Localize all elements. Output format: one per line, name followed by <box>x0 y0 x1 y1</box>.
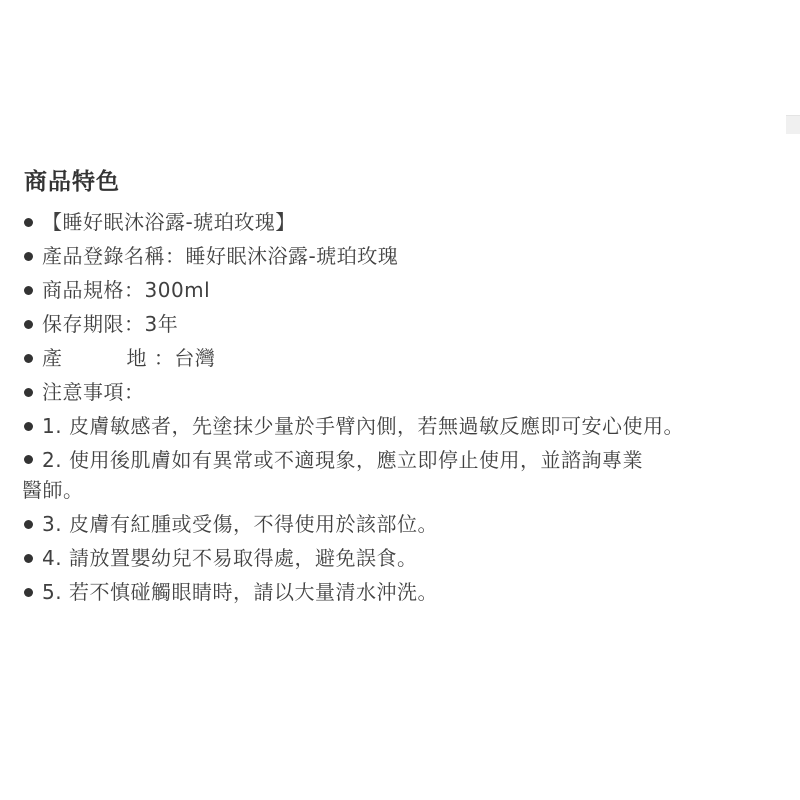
note-text: 5. 若不慎碰觸眼睛時，請以大量清水沖洗。 <box>42 580 438 604</box>
list-item: 商品規格：300ml <box>22 273 792 307</box>
list-item: 注意事項： <box>22 375 792 409</box>
origin-label-b: 地 <box>127 346 148 370</box>
note-text: 4. 請放置嬰幼兒不易取得處，避免誤食。 <box>42 546 417 570</box>
section-title: 商品特色 <box>24 163 120 196</box>
bullet-icon <box>24 286 33 295</box>
note-text-line1: 2. 使用後肌膚如有異常或不適現象，應立即停止使用，並諮詢專業 <box>42 445 792 475</box>
bullet-icon <box>24 218 33 227</box>
note-item: 2. 使用後肌膚如有異常或不適現象，應立即停止使用，並諮詢專業 醫師。 <box>22 443 792 507</box>
bullet-icon <box>24 388 33 397</box>
list-item-origin: 產地 ：台灣 <box>22 341 792 375</box>
item-text: 【睡好眠沐浴露-琥珀玫瑰】 <box>42 210 296 234</box>
bullet-icon <box>24 422 33 431</box>
feature-list: 【睡好眠沐浴露-琥珀玫瑰】 產品登錄名稱：睡好眠沐浴露-琥珀玫瑰 商品規格：30… <box>22 205 792 609</box>
list-item: 【睡好眠沐浴露-琥珀玫瑰】 <box>22 205 792 239</box>
scrollbar-stub[interactable] <box>786 115 800 134</box>
origin-value: ：台灣 <box>154 346 216 370</box>
bullet-icon <box>24 588 33 597</box>
note-text: 1. 皮膚敏感者，先塗抹少量於手臂內側，若無過敏反應即可安心使用。 <box>42 414 684 438</box>
item-text: 注意事項： <box>42 380 145 404</box>
note-text-line2: 醫師。 <box>22 475 792 505</box>
item-text: 保存期限：3年 <box>42 312 178 336</box>
bullet-icon <box>24 252 33 261</box>
bullet-icon <box>24 520 33 529</box>
item-text: 商品規格：300ml <box>42 278 210 302</box>
bullet-icon <box>24 455 33 464</box>
item-text: 產品登錄名稱：睡好眠沐浴露-琥珀玫瑰 <box>42 244 398 268</box>
note-item: 1. 皮膚敏感者，先塗抹少量於手臂內側，若無過敏反應即可安心使用。 <box>22 409 792 443</box>
bullet-icon <box>24 554 33 563</box>
note-item: 5. 若不慎碰觸眼睛時，請以大量清水沖洗。 <box>22 575 792 609</box>
bullet-icon <box>24 354 33 363</box>
list-item: 產品登錄名稱：睡好眠沐浴露-琥珀玫瑰 <box>22 239 792 273</box>
note-text: 3. 皮膚有紅腫或受傷，不得使用於該部位。 <box>42 512 438 536</box>
origin-label-a: 產 <box>42 346 63 370</box>
bullet-icon <box>24 320 33 329</box>
list-item: 保存期限：3年 <box>22 307 792 341</box>
note-item: 4. 請放置嬰幼兒不易取得處，避免誤食。 <box>22 541 792 575</box>
note-item: 3. 皮膚有紅腫或受傷，不得使用於該部位。 <box>22 507 792 541</box>
